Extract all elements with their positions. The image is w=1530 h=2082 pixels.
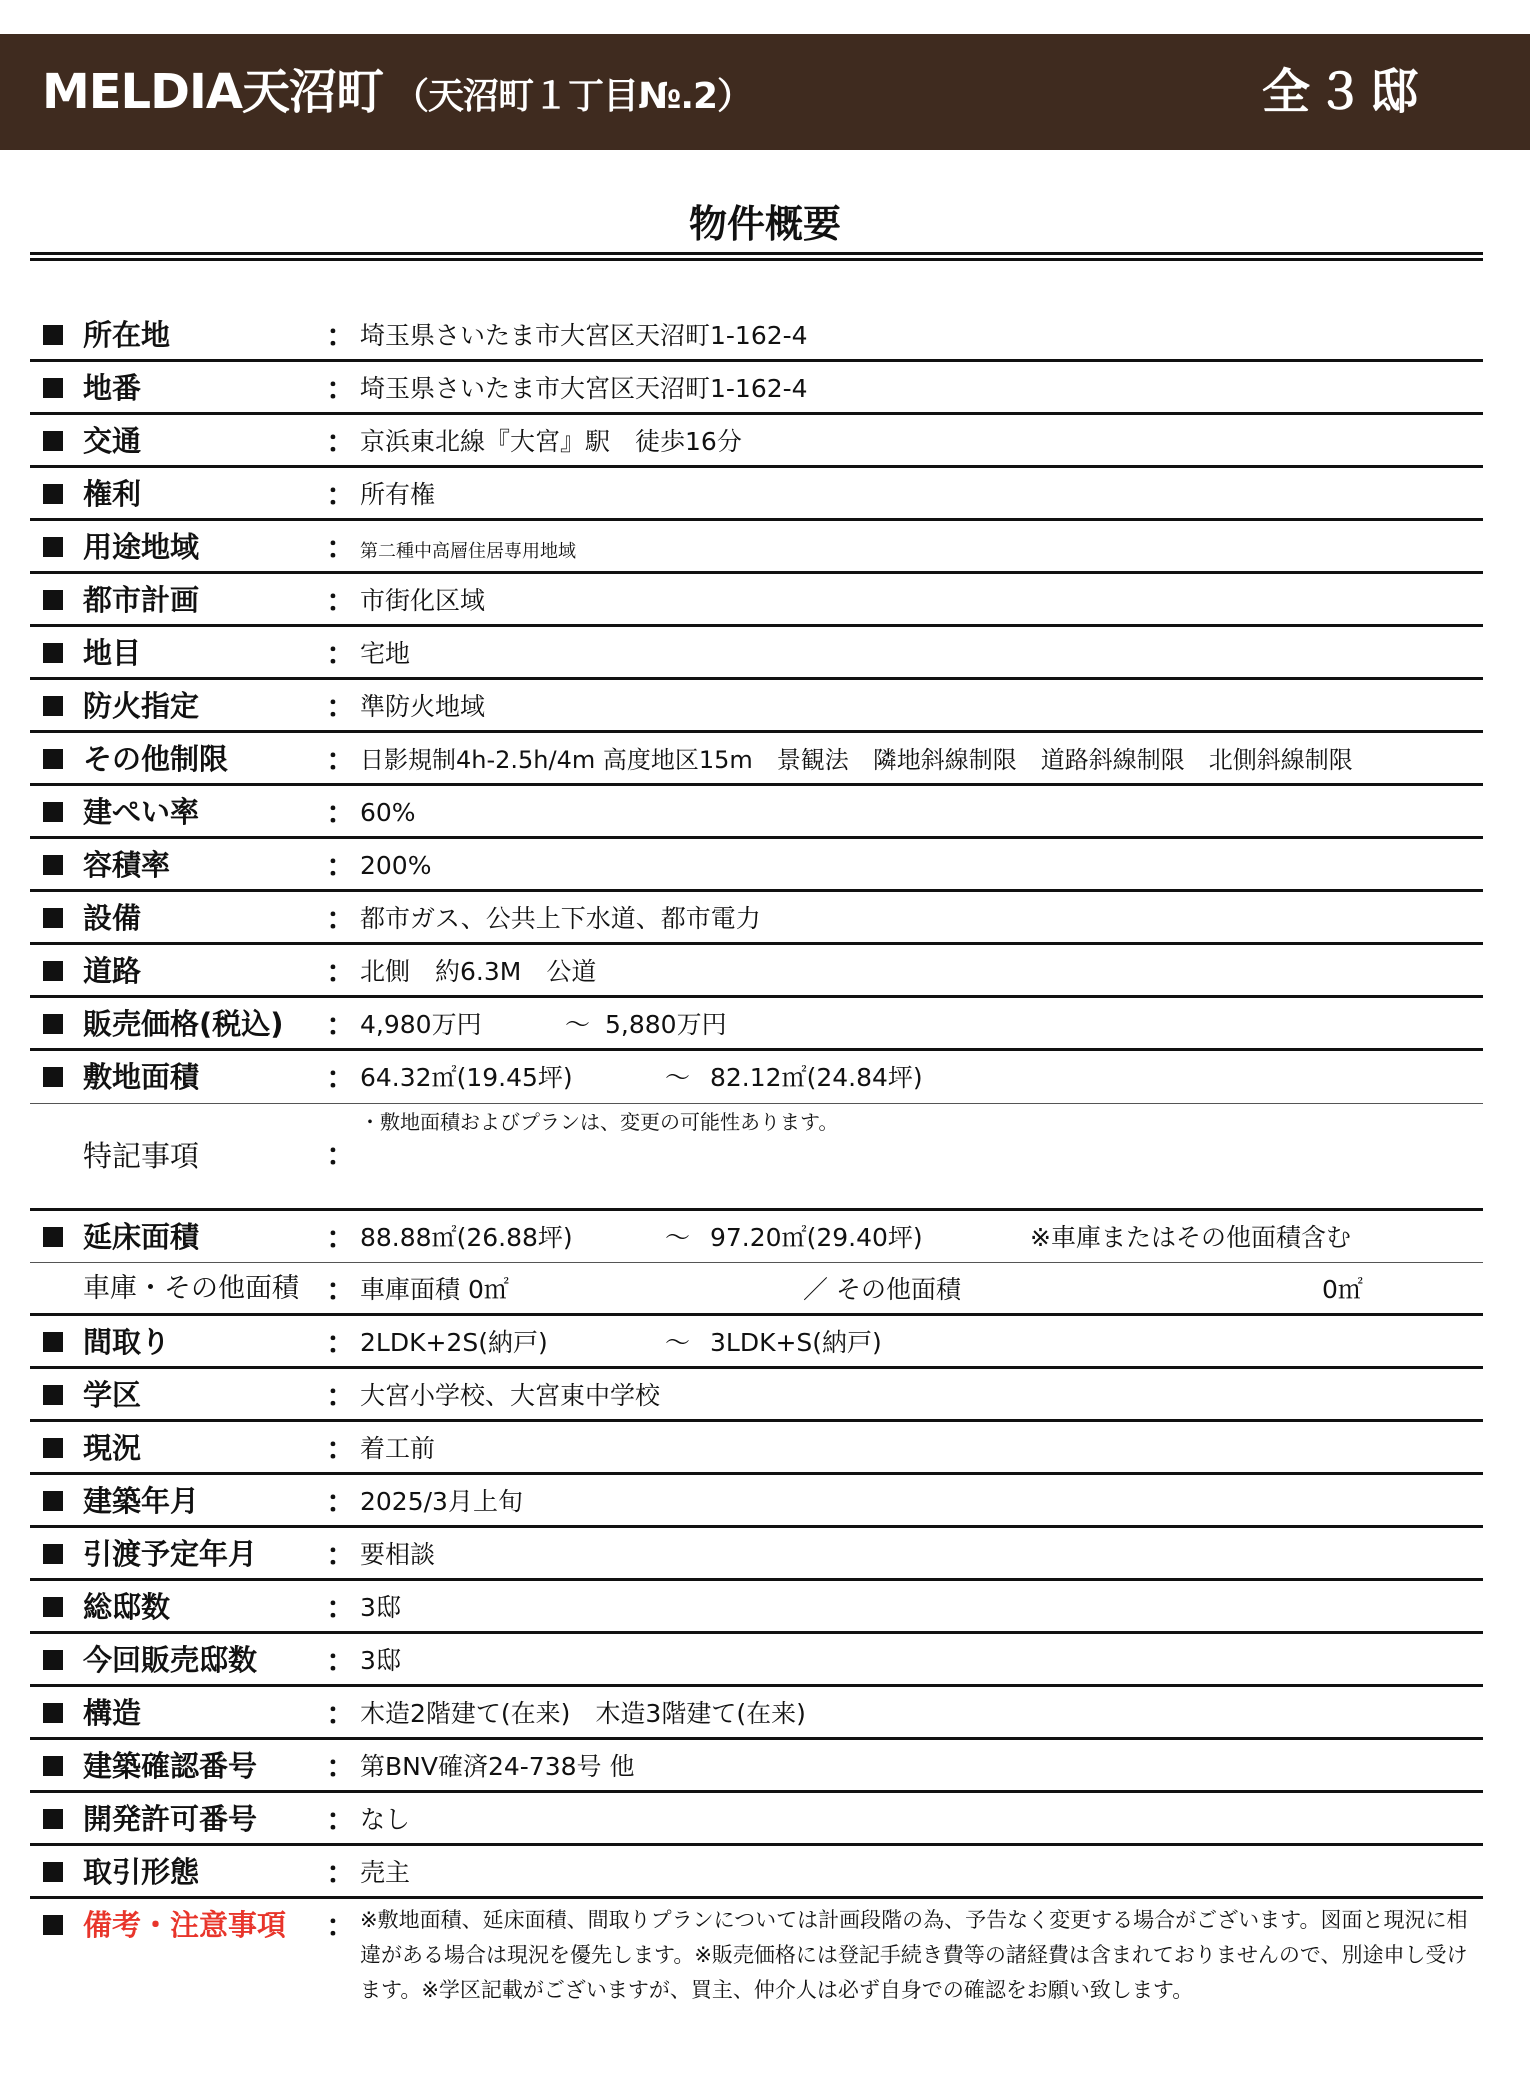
- colon: ：: [326, 1006, 356, 1046]
- section-title: 物件概要: [0, 200, 1530, 248]
- row-built-date: 建築年月 ： 2025/3月上旬: [30, 1475, 1483, 1528]
- row-label: 道路: [83, 951, 323, 991]
- row-value: 着工前: [360, 1432, 435, 1466]
- row-lot-number: 地番 ： 埼玉県さいたま市大宮区天沼町1-162-4: [30, 362, 1483, 415]
- row-transport: 交通 ： 京浜東北線『大宮』駅 徒歩16分: [30, 415, 1483, 468]
- square-bullet-icon: [43, 1597, 63, 1617]
- square-bullet-icon: [43, 1491, 63, 1511]
- colon: ：: [326, 1324, 356, 1364]
- row-land-category: 地目 ： 宅地: [30, 627, 1483, 680]
- row-label: 構造: [83, 1693, 323, 1733]
- colon: ：: [326, 1059, 356, 1099]
- colon: ：: [326, 688, 356, 728]
- row-label: 取引形態: [83, 1852, 323, 1892]
- row-value: 大宮小学校、大宮東中学校: [360, 1379, 660, 1413]
- floor-plan-min: 2LDK+2S(納戸): [360, 1326, 548, 1360]
- row-value: 3邸: [360, 1644, 401, 1678]
- row-road: 道路 ： 北側 約6.3M 公道: [30, 945, 1483, 998]
- square-bullet-icon: [43, 643, 63, 663]
- row-location: 所在地 ： 埼玉県さいたま市大宮区天沼町1-162-4: [30, 309, 1483, 362]
- row-structure: 構造 ： 木造2階建て(在来) 木造3階建て(在来): [30, 1687, 1483, 1740]
- square-bullet-icon: [43, 908, 63, 928]
- range-separator: ～: [665, 1061, 690, 1095]
- row-garage-other-area: 車庫・その他面積 ： 車庫面積 0㎡ ／ その他面積 0㎡: [30, 1263, 1483, 1316]
- row-value: 都市ガス、公共上下水道、都市電力: [360, 902, 761, 936]
- row-value: 200%: [360, 849, 431, 883]
- row-remarks: 備考・注意事項 ： ※敷地面積、延床面積、間取りプランについては計画段階の為、予…: [30, 1899, 1483, 2019]
- square-bullet-icon: [43, 378, 63, 398]
- row-label: 建築年月: [83, 1481, 323, 1521]
- garage-area: 車庫面積 0㎡: [360, 1273, 509, 1307]
- square-bullet-icon: [43, 325, 63, 345]
- square-bullet-icon: [43, 1756, 63, 1776]
- row-label: その他制限: [83, 739, 323, 779]
- row-label: 車庫・その他面積: [83, 1269, 323, 1309]
- row-floor-area-ratio: 容積率 ： 200%: [30, 839, 1483, 892]
- square-bullet-icon: [43, 1809, 63, 1829]
- row-site-area: 敷地面積 ： 64.32㎡(19.45坪) ～ 82.12㎡(24.84坪): [30, 1051, 1483, 1104]
- row-label: 建築確認番号: [83, 1746, 323, 1786]
- row-handover-date: 引渡予定年月 ： 要相談: [30, 1528, 1483, 1581]
- range-separator: ～: [665, 1221, 690, 1255]
- row-label: 間取り: [83, 1322, 323, 1362]
- square-bullet-icon: [43, 1227, 63, 1247]
- remarks-text: ※敷地面積、延床面積、間取りプランについては計画段階の為、予告なく変更する場合が…: [360, 1903, 1485, 2008]
- colon: ：: [326, 1695, 356, 1735]
- row-label: 防火指定: [83, 686, 323, 726]
- row-label: 引渡予定年月: [83, 1534, 323, 1574]
- row-value: 日影規制4h-2.5h/4m 高度地区15m 景観法 隣地斜線制限 道路斜線制限…: [360, 743, 1353, 777]
- row-value: 3邸: [360, 1591, 401, 1625]
- colon: ：: [326, 1430, 356, 1470]
- unit-count: 全３邸: [1262, 64, 1424, 120]
- colon: ：: [326, 529, 356, 569]
- square-bullet-icon: [43, 431, 63, 451]
- colon: ：: [326, 1136, 356, 1176]
- colon: ：: [326, 741, 356, 781]
- header-banner: MELDIA天沼町（天沼町１丁目№.2） 全３邸: [0, 34, 1530, 150]
- row-label: 都市計画: [83, 580, 323, 620]
- colon: ：: [326, 1271, 356, 1311]
- double-rule-top: [30, 252, 1483, 255]
- row-value: 第BNV確済24-738号 他: [360, 1750, 634, 1784]
- square-bullet-icon: [43, 590, 63, 610]
- site-area-max: 82.12㎡(24.84坪): [710, 1061, 923, 1095]
- floor-area-min: 88.88㎡(26.88坪): [360, 1221, 573, 1255]
- row-label: 延床面積: [83, 1217, 323, 1257]
- row-fire-zone: 防火指定 ： 準防火地域: [30, 680, 1483, 733]
- colon: ：: [326, 1377, 356, 1417]
- colon: ：: [326, 953, 356, 993]
- other-area-value: 0㎡: [1322, 1273, 1363, 1307]
- colon: ：: [326, 476, 356, 516]
- floor-plan-max: 3LDK+S(納戸): [710, 1326, 882, 1360]
- row-label: 用途地域: [83, 527, 323, 567]
- row-label: 容積率: [83, 845, 323, 885]
- row-label: 今回販売邸数: [83, 1640, 323, 1680]
- price-min: 4,980万円: [360, 1008, 482, 1042]
- row-label: 地番: [83, 368, 323, 408]
- colon: ：: [326, 1801, 356, 1841]
- colon: ：: [326, 1907, 356, 1947]
- other-area-label: ／ その他面積: [803, 1273, 961, 1307]
- row-label: 販売価格(税込): [83, 1004, 315, 1044]
- square-bullet-icon: [43, 961, 63, 981]
- colon: ：: [326, 1854, 356, 1894]
- square-bullet-icon: [43, 1438, 63, 1458]
- colon: ：: [326, 582, 356, 622]
- row-building-confirmation: 建築確認番号 ： 第BNV確済24-738号 他: [30, 1740, 1483, 1793]
- colon: ：: [326, 317, 356, 357]
- row-value: 要相談: [360, 1538, 435, 1572]
- row-value: なし: [360, 1803, 410, 1837]
- colon: ：: [326, 847, 356, 887]
- colon: ：: [326, 1536, 356, 1576]
- square-bullet-icon: [43, 484, 63, 504]
- price-max: 5,880万円: [605, 1008, 727, 1042]
- colon: ：: [326, 900, 356, 940]
- row-value: 京浜東北線『大宮』駅 徒歩16分: [360, 425, 742, 459]
- colon: ：: [326, 1642, 356, 1682]
- colon: ：: [326, 1219, 356, 1259]
- row-development-permit: 開発許可番号 ： なし: [30, 1793, 1483, 1846]
- row-zoning: 用途地域 ： 第二種中高層住居専用地域: [30, 521, 1483, 574]
- colon: ：: [326, 1589, 356, 1629]
- row-value: 準防火地域: [360, 690, 485, 724]
- property-title: MELDIA天沼町（天沼町１丁目№.2）: [42, 64, 752, 125]
- row-value: 60%: [360, 796, 416, 830]
- row-current-status: 現況 ： 着工前: [30, 1422, 1483, 1475]
- row-value: 埼玉県さいたま市大宮区天沼町1-162-4: [360, 319, 808, 353]
- row-label: 開発許可番号: [83, 1799, 323, 1839]
- square-bullet-icon: [43, 1332, 63, 1352]
- row-label: 現況: [83, 1428, 323, 1468]
- square-bullet-icon: [43, 802, 63, 822]
- property-name: MELDIA天沼町: [42, 64, 383, 120]
- colon: ：: [326, 635, 356, 675]
- square-bullet-icon: [43, 696, 63, 716]
- colon: ：: [326, 794, 356, 834]
- square-bullet-icon: [43, 1544, 63, 1564]
- property-summary-table: 所在地 ： 埼玉県さいたま市大宮区天沼町1-162-4 地番 ： 埼玉県さいたま…: [30, 309, 1483, 2019]
- row-school-district: 学区 ： 大宮小学校、大宮東中学校: [30, 1369, 1483, 1422]
- floor-area-max: 97.20㎡(29.40坪): [710, 1221, 923, 1255]
- row-value: 第二種中高層住居専用地域: [360, 535, 576, 569]
- row-total-floor-area: 延床面積 ： 88.88㎡(26.88坪) ～ 97.20㎡(29.40坪) ※…: [30, 1211, 1483, 1264]
- row-label: 敷地面積: [83, 1057, 323, 1097]
- row-floor-plan: 間取り ： 2LDK+2S(納戸) ～ 3LDK+S(納戸): [30, 1316, 1483, 1369]
- row-total-units: 総邸数 ： 3邸: [30, 1581, 1483, 1634]
- square-bullet-icon: [43, 1915, 63, 1935]
- site-area-min: 64.32㎡(19.45坪): [360, 1061, 573, 1095]
- row-label: 権利: [83, 474, 323, 514]
- row-label: 交通: [83, 421, 323, 461]
- row-label: 特記事項: [83, 1136, 323, 1176]
- remarks-label: 備考・注意事項: [83, 1905, 323, 1945]
- colon: ：: [326, 1483, 356, 1523]
- colon: ：: [326, 1748, 356, 1788]
- colon: ：: [326, 423, 356, 463]
- row-other-restrictions: その他制限 ： 日影規制4h-2.5h/4m 高度地区15m 景観法 隣地斜線制…: [30, 733, 1483, 786]
- row-value: 所有権: [360, 478, 435, 512]
- special-note-text: ・敷地面積およびプランは、変更の可能性あります。: [360, 1108, 838, 1136]
- row-label: 設備: [83, 898, 323, 938]
- property-subtitle: （天沼町１丁目№.2）: [393, 76, 752, 117]
- range-separator: ～: [565, 1008, 590, 1042]
- range-separator: ～: [665, 1326, 690, 1360]
- row-label: 地目: [83, 633, 323, 673]
- square-bullet-icon: [43, 1385, 63, 1405]
- colon: ：: [326, 370, 356, 410]
- square-bullet-icon: [43, 1067, 63, 1087]
- row-value: 2025/3月上旬: [360, 1485, 523, 1519]
- square-bullet-icon: [43, 1014, 63, 1034]
- row-rights: 権利 ： 所有権: [30, 468, 1483, 521]
- row-value: 市街化区域: [360, 584, 485, 618]
- row-value: 売主: [360, 1856, 410, 1890]
- floor-area-note: ※車庫またはその他面積含む: [1030, 1221, 1351, 1255]
- row-label: 所在地: [83, 315, 323, 355]
- square-bullet-icon: [43, 749, 63, 769]
- square-bullet-icon: [43, 1650, 63, 1670]
- row-utilities: 設備 ： 都市ガス、公共上下水道、都市電力: [30, 892, 1483, 945]
- row-value: 北側 約6.3M 公道: [360, 955, 596, 989]
- row-value: 木造2階建て(在来) 木造3階建て(在来): [360, 1697, 806, 1731]
- row-special-notes: 特記事項 ： ・敷地面積およびプランは、変更の可能性あります。: [30, 1104, 1483, 1211]
- row-units-on-sale: 今回販売邸数 ： 3邸: [30, 1634, 1483, 1687]
- row-label: 総邸数: [83, 1587, 323, 1627]
- row-city-planning: 都市計画 ： 市街化区域: [30, 574, 1483, 627]
- row-transaction-type: 取引形態 ： 売主: [30, 1846, 1483, 1899]
- square-bullet-icon: [43, 1862, 63, 1882]
- square-bullet-icon: [43, 855, 63, 875]
- square-bullet-icon: [43, 537, 63, 557]
- square-bullet-icon: [43, 1703, 63, 1723]
- row-value: 埼玉県さいたま市大宮区天沼町1-162-4: [360, 372, 808, 406]
- double-rule-bottom: [30, 258, 1483, 261]
- row-label: 建ぺい率: [83, 792, 323, 832]
- row-label: 学区: [83, 1375, 323, 1415]
- row-sale-price: 販売価格(税込) ： 4,980万円 ～ 5,880万円: [30, 998, 1483, 1051]
- row-coverage-ratio: 建ぺい率 ： 60%: [30, 786, 1483, 839]
- row-value: 宅地: [360, 637, 410, 671]
